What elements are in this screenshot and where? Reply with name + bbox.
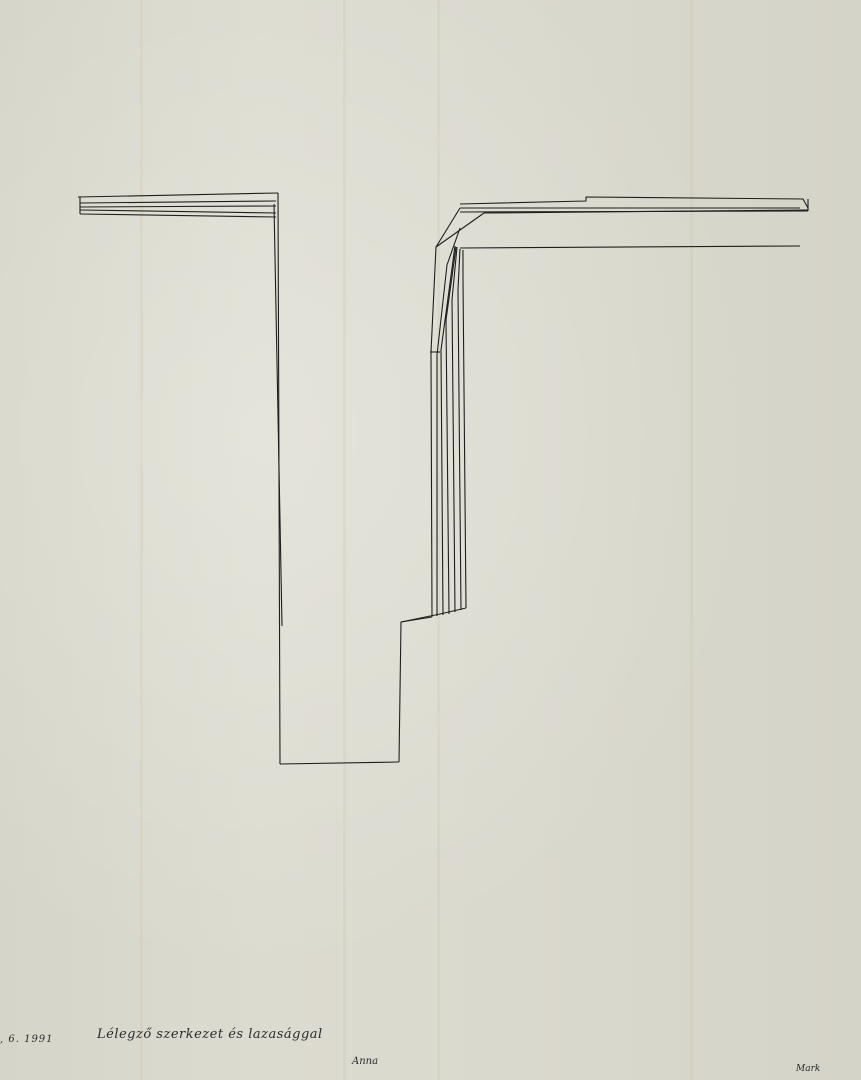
signature-right: Mark xyxy=(796,1064,820,1074)
signature-center: Anna xyxy=(352,1056,378,1067)
right-arm-lines xyxy=(460,197,808,248)
line-drawing xyxy=(0,0,861,1080)
title-inscription: Lélegző szerkezet és lazasággal xyxy=(97,1027,323,1042)
right-column-lines xyxy=(401,208,484,622)
date-inscription: , 6. 1991 xyxy=(0,1034,54,1045)
left-arm-lines xyxy=(78,193,278,217)
column-bottom xyxy=(280,762,399,764)
paper-sheet: , 6. 1991 Lélegző szerkezet és lazaságga… xyxy=(0,0,861,1080)
step-edge xyxy=(399,617,432,762)
